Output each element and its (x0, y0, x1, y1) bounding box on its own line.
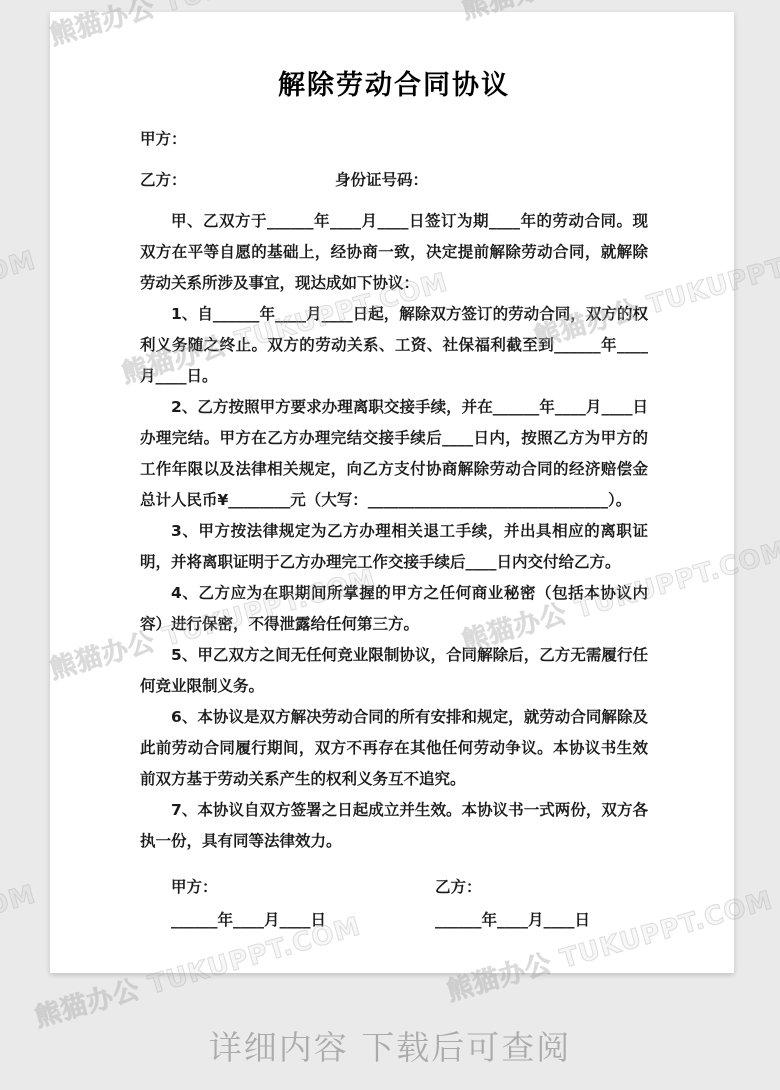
document-title: 解除劳动合同协议 (140, 68, 648, 104)
site-watermark: 熊猫办公 TUKUPPT.COM (0, 240, 40, 369)
party-a-line: 甲方： (140, 124, 648, 155)
signature-party-b-label: 乙方： (435, 872, 648, 903)
id-number-label: 身份证号码： (335, 165, 428, 196)
signature-party-b-date: ______年____月____日 (435, 905, 648, 936)
download-notice: 详细内容 下载后可查阅 (0, 1028, 780, 1068)
clause-3: 3、甲方按法律规定为乙方办理相关退工手续，并出具相应的离职证明，并将离职证明于乙… (140, 516, 648, 578)
signature-party-a-date: ______年____月____日 (140, 905, 435, 936)
clause-7: 7、本协议自双方签署之日起成立并生效。本协议书一式两份，双方各执一份，具有同等法… (140, 795, 648, 857)
clause-4: 4、乙方应为在职期间所掌握的甲方之任何商业秘密（包括本协议内容）进行保密，不得泄… (140, 578, 648, 640)
clause-2: 2、乙方按照甲方要求办理离职交接手续，并在______年____月____日办理… (140, 392, 648, 516)
intro-paragraph: 甲、乙双方于______年____月____日签订为期____年的劳动合同。现双… (140, 206, 648, 299)
clause-1: 1、自______年____月____日起，解除双方签订的劳动合同，双方的权利义… (140, 299, 648, 392)
clause-6: 6、本协议是双方解决劳动合同的所有安排和规定，就劳动合同解除及此前劳动合同履行期… (140, 702, 648, 795)
party-b-label: 乙方： (140, 171, 187, 189)
site-watermark: 熊猫办公 TUKUPPT.COM (0, 874, 40, 1003)
signature-block: 甲方： 乙方： ______年____月____日 ______年____月__… (140, 872, 648, 936)
signature-party-a-label: 甲方： (140, 872, 435, 903)
document-page: 解除劳动合同协议 甲方： 乙方： 身份证号码： 甲、乙双方于______年___… (50, 12, 734, 973)
clause-5: 5、甲乙双方之间无任何竞业限制协议，合同解除后，乙方无需履行任何竞业限制义务。 (140, 640, 648, 702)
party-b-line: 乙方： 身份证号码： (140, 165, 648, 196)
preview-canvas: 熊猫办公 TUKUPPT.COM 熊猫办公 TUKUPPT.COM 熊猫办公 T… (0, 0, 780, 1090)
